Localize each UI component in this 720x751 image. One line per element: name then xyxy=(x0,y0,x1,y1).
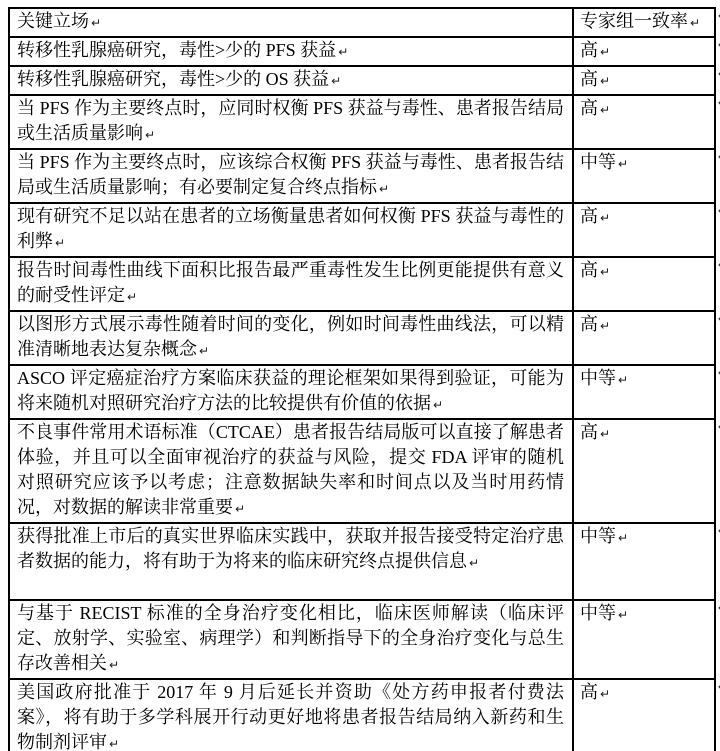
header-position-label: 关键立场 xyxy=(17,11,89,31)
consensus-text: 高 xyxy=(580,260,598,280)
row-end-mark-icon: ↵ xyxy=(715,419,720,523)
position-text: 以图形方式展示毒性随着时间的变化，例如时间毒性曲线法，可以精准清晰地表达复杂概念 xyxy=(17,314,564,359)
paragraph-mark-icon: ↵ xyxy=(433,398,443,412)
table-row: ASCO 评定癌症治疗方案临床获益的理论框架如果得到验证，可能为将来随机对照研究… xyxy=(9,365,720,419)
table-row: 获得批准上市后的真实世界临床实践中，获取并报告接受特定治疗患者数据的能力，将有助… xyxy=(9,523,720,600)
paragraph-mark-icon: ↵ xyxy=(600,265,610,279)
consensus-text: 中等 xyxy=(580,368,616,388)
table-row: 美国政府批准于 2017 年 9 月后延长并资助《处方药申报者付费法案》，将有助… xyxy=(9,679,720,751)
consensus-cell[interactable]: 高↵ xyxy=(573,257,715,311)
paragraph-mark-icon: ↵ xyxy=(618,373,628,387)
paragraph-mark-icon: ↵ xyxy=(618,608,628,622)
consensus-cell[interactable]: 中等↵ xyxy=(573,365,715,419)
row-end-mark-icon: ↵ xyxy=(715,311,720,365)
row-end-mark-icon: ↵ xyxy=(715,679,720,751)
document-page: 关键立场↵ 专家组一致率↵ ↵ 转移性乳腺癌研究，毒性>少的 PFS 获益↵ 高… xyxy=(0,0,720,751)
header-cell-consensus[interactable]: 专家组一致率↵ xyxy=(573,8,715,37)
row-end-mark-icon: ↵ xyxy=(715,8,720,37)
table-row: 转移性乳腺癌研究，毒性>少的 OS 获益↵ 高↵ ↵ xyxy=(9,66,720,95)
paragraph-mark-icon: ↵ xyxy=(127,290,137,304)
paragraph-mark-icon: ↵ xyxy=(600,74,610,88)
paragraph-mark-icon: ↵ xyxy=(600,211,610,225)
position-cell[interactable]: 与基于 RECIST 标准的全身治疗变化相比，临床医师解读（临床评定、放射学、实… xyxy=(9,600,573,679)
position-text: 美国政府批准于 2017 年 9 月后延长并资助《处方药申报者付费法案》，将有助… xyxy=(17,682,564,751)
row-end-mark-icon: ↵ xyxy=(715,203,720,257)
position-cell[interactable]: 转移性乳腺癌研究，毒性>少的 PFS 获益↵ xyxy=(9,37,573,66)
consensus-text: 高 xyxy=(580,682,598,702)
consensus-cell[interactable]: 高↵ xyxy=(573,37,715,66)
paragraph-mark-icon: ↵ xyxy=(199,344,209,358)
paragraph-mark-icon: ↵ xyxy=(600,427,610,441)
row-end-mark-icon: ↵ xyxy=(715,600,720,679)
position-cell[interactable]: 当 PFS 作为主要终点时，应同时权衡 PFS 获益与毒性、患者报告结局或生活质… xyxy=(9,95,573,149)
paragraph-mark-icon: ↵ xyxy=(379,182,389,196)
position-cell[interactable]: 现有研究不足以站在患者的立场衡量患者如何权衡 PFS 获益与毒性的利弊↵ xyxy=(9,203,573,257)
table-row: 以图形方式展示毒性随着时间的变化，例如时间毒性曲线法，可以精准清晰地表达复杂概念… xyxy=(9,311,720,365)
consensus-text: 高 xyxy=(580,69,598,89)
position-text: 与基于 RECIST 标准的全身治疗变化相比，临床医师解读（临床评定、放射学、实… xyxy=(17,603,564,673)
table-row: 不良事件常用术语标准（CTCAE）患者报告结局版可以直接了解患者体验，并且可以全… xyxy=(9,419,720,523)
position-cell[interactable]: 美国政府批准于 2017 年 9 月后延长并资助《处方药申报者付费法案》，将有助… xyxy=(9,679,573,751)
position-cell[interactable]: 报告时间毒性曲线下面积比报告最严重毒性发生比例更能提供有意义的耐受性评定↵ xyxy=(9,257,573,311)
paragraph-mark-icon: ↵ xyxy=(109,658,119,672)
position-text: 现有研究不足以站在患者的立场衡量患者如何权衡 PFS 获益与毒性的利弊 xyxy=(17,206,564,251)
position-text: 获得批准上市后的真实世界临床实践中，获取并报告接受特定治疗患者数据的能力，将有助… xyxy=(17,526,564,571)
consensus-text: 高 xyxy=(580,98,598,118)
paragraph-mark-icon: ↵ xyxy=(91,16,101,30)
position-text: 不良事件常用术语标准（CTCAE）患者报告结局版可以直接了解患者体验，并且可以全… xyxy=(17,422,564,517)
paragraph-mark-icon: ↵ xyxy=(145,128,155,142)
consensus-cell[interactable]: 中等↵ xyxy=(573,600,715,679)
consensus-text: 高 xyxy=(580,314,598,334)
consensus-text: 中等 xyxy=(580,526,616,546)
row-end-mark-icon: ↵ xyxy=(715,257,720,311)
table-header-row: 关键立场↵ 专家组一致率↵ ↵ xyxy=(9,8,720,37)
paragraph-mark-icon: ↵ xyxy=(600,319,610,333)
row-end-mark-icon: ↵ xyxy=(715,523,720,600)
paragraph-mark-icon: ↵ xyxy=(600,103,610,117)
position-cell[interactable]: 获得批准上市后的真实世界临床实践中，获取并报告接受特定治疗患者数据的能力，将有助… xyxy=(9,523,573,600)
table-row: 与基于 RECIST 标准的全身治疗变化相比，临床医师解读（临床评定、放射学、实… xyxy=(9,600,720,679)
paragraph-mark-icon: ↵ xyxy=(618,531,628,545)
consensus-cell[interactable]: 中等↵ xyxy=(573,149,715,203)
paragraph-mark-icon: ↵ xyxy=(618,157,628,171)
table-row: 转移性乳腺癌研究，毒性>少的 PFS 获益↵ 高↵ ↵ xyxy=(9,37,720,66)
paragraph-mark-icon: ↵ xyxy=(109,737,119,751)
position-text: 转移性乳腺癌研究，毒性>少的 OS 获益 xyxy=(17,69,329,89)
header-cell-position[interactable]: 关键立场↵ xyxy=(9,8,573,37)
consensus-text: 高 xyxy=(580,422,598,442)
row-end-mark-icon: ↵ xyxy=(715,66,720,95)
header-consensus-label: 专家组一致率 xyxy=(580,11,688,31)
paragraph-mark-icon: ↵ xyxy=(690,16,700,30)
consensus-cell[interactable]: 高↵ xyxy=(573,66,715,95)
consensus-text: 中等 xyxy=(580,152,616,172)
paragraph-mark-icon: ↵ xyxy=(331,74,341,88)
table-row: 报告时间毒性曲线下面积比报告最严重毒性发生比例更能提供有意义的耐受性评定↵ 高↵… xyxy=(9,257,720,311)
consensus-cell[interactable]: 中等↵ xyxy=(573,523,715,600)
paragraph-mark-icon: ↵ xyxy=(600,687,610,701)
paragraph-mark-icon: ↵ xyxy=(469,556,479,570)
consensus-cell[interactable]: 高↵ xyxy=(573,419,715,523)
consensus-cell[interactable]: 高↵ xyxy=(573,679,715,751)
position-cell[interactable]: 当 PFS 作为主要终点时，应该综合权衡 PFS 获益与毒性、患者报告结局或生活… xyxy=(9,149,573,203)
row-end-mark-icon: ↵ xyxy=(715,95,720,149)
consensus-cell[interactable]: 高↵ xyxy=(573,95,715,149)
position-cell[interactable]: 不良事件常用术语标准（CTCAE）患者报告结局版可以直接了解患者体验，并且可以全… xyxy=(9,419,573,523)
row-end-mark-icon: ↵ xyxy=(715,149,720,203)
table-row: 当 PFS 作为主要终点时，应该综合权衡 PFS 获益与毒性、患者报告结局或生活… xyxy=(9,149,720,203)
position-text: 当 PFS 作为主要终点时，应同时权衡 PFS 获益与毒性、患者报告结局或生活质… xyxy=(17,98,564,143)
position-text: 报告时间毒性曲线下面积比报告最严重毒性发生比例更能提供有意义的耐受性评定 xyxy=(17,260,564,305)
consensus-text: 高 xyxy=(580,206,598,226)
paragraph-mark-icon: ↵ xyxy=(235,502,245,516)
position-cell[interactable]: 以图形方式展示毒性随着时间的变化，例如时间毒性曲线法，可以精准清晰地表达复杂概念… xyxy=(9,311,573,365)
position-cell[interactable]: 转移性乳腺癌研究，毒性>少的 OS 获益↵ xyxy=(9,66,573,95)
position-cell[interactable]: ASCO 评定癌症治疗方案临床获益的理论框架如果得到验证，可能为将来随机对照研究… xyxy=(9,365,573,419)
position-text: ASCO 评定癌症治疗方案临床获益的理论框架如果得到验证，可能为将来随机对照研究… xyxy=(17,368,564,413)
consensus-text: 高 xyxy=(580,40,598,60)
row-end-mark-icon: ↵ xyxy=(715,365,720,419)
consensus-text: 中等 xyxy=(580,603,616,623)
position-text: 转移性乳腺癌研究，毒性>少的 PFS 获益 xyxy=(17,40,336,60)
paragraph-mark-icon: ↵ xyxy=(600,45,610,59)
paragraph-mark-icon: ↵ xyxy=(338,45,348,59)
position-text: 当 PFS 作为主要终点时，应该综合权衡 PFS 获益与毒性、患者报告结局或生活… xyxy=(17,152,564,197)
consensus-cell[interactable]: 高↵ xyxy=(573,311,715,365)
table-row: 当 PFS 作为主要终点时，应同时权衡 PFS 获益与毒性、患者报告结局或生活质… xyxy=(9,95,720,149)
row-end-mark-icon: ↵ xyxy=(715,37,720,66)
table-row: 现有研究不足以站在患者的立场衡量患者如何权衡 PFS 获益与毒性的利弊↵ 高↵ … xyxy=(9,203,720,257)
paragraph-mark-icon: ↵ xyxy=(55,236,65,250)
consensus-table: 关键立场↵ 专家组一致率↵ ↵ 转移性乳腺癌研究，毒性>少的 PFS 获益↵ 高… xyxy=(8,7,720,751)
consensus-cell[interactable]: 高↵ xyxy=(573,203,715,257)
